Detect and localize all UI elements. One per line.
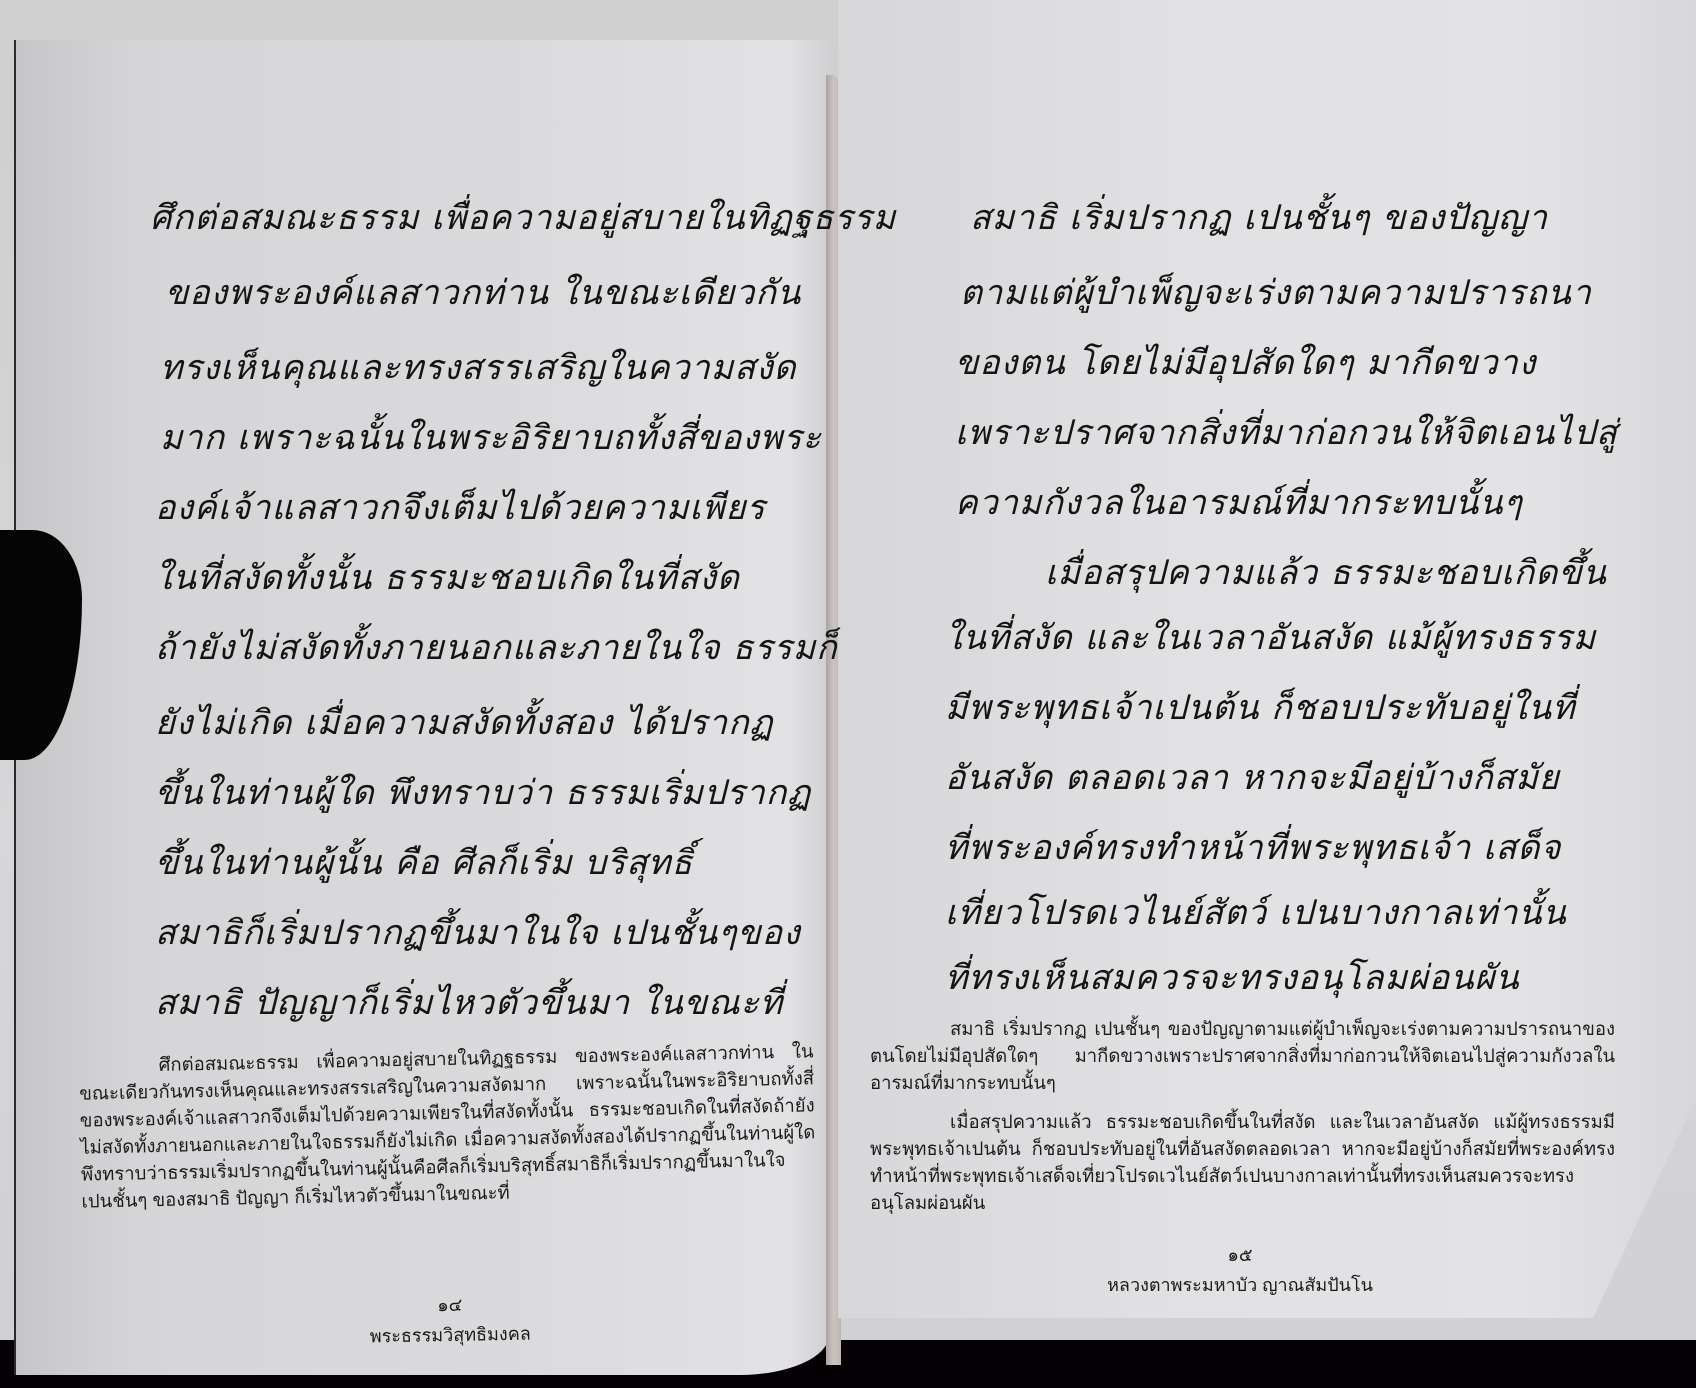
left-page-footer: ๑๔ พระธรรมวิสุทธิมงคล <box>250 1287 651 1354</box>
handwritten-line: ความกังวลในอารมณ์ที่มากระทบนั้นๆ <box>955 475 1523 529</box>
handwritten-line: ศึกต่อสมณะธรรม เพื่อความอยู่สบายในทิฏฐธร… <box>150 190 896 244</box>
handwritten-line: มีพระพุทธเจ้าเปนต้น ก็ชอบประทับอยู่ในที่ <box>945 680 1576 734</box>
printed-paragraph: เมื่อสรุปความแล้ว ธรรมะชอบเกิดขึ้นในที่ส… <box>870 1108 1615 1216</box>
printed-paragraph: ศึกต่อสมณะธรรม เพื่อความอยู่สบายในทิฏฐธร… <box>78 1037 816 1214</box>
handwritten-line: เพราะปราศจากสิ่งที่มาก่อกวนให้จิตเอนไปสู… <box>955 405 1618 459</box>
handwritten-line: ถ้ายังไม่สงัดทั้งภายนอกและภายในใจ ธรรมก็ <box>155 620 838 674</box>
handwritten-line: ของตน โดยไม่มีอุปสัดใดๆ มากีดขวาง <box>955 335 1536 389</box>
handwritten-line: องค์เจ้าแลสาวกจึงเต็มไปด้วยความเพียร <box>155 480 766 534</box>
right-printed-transcription: สมาธิ เริ่มปรากฏ เปนชั้นๆ ของปัญญาตามแต่… <box>870 1015 1615 1216</box>
handwritten-line: ที่ทรงเห็นสมควรจะทรงอนุโลมผ่อนผัน <box>945 950 1520 1004</box>
handwritten-line: ขึ้นในท่านผู้ใด พึงทราบว่า ธรรมเริ่มปราก… <box>155 765 811 819</box>
right-page-footer: ๑๕ หลวงตาพระมหาบัว ญาณสัมปันโน <box>1050 1240 1430 1300</box>
handwritten-line: ในที่สงัด และในเวลาอันสงัด แม้ผู้ทรงธรรม <box>945 610 1596 664</box>
handwritten-line: ขึ้นในท่านผู้นั้น คือ ศีลก็เริ่ม บริสุทธ… <box>155 835 693 889</box>
handwritten-line: สมาธิ เริ่มปรากฏ เปนชั้นๆ ของปัญญา <box>970 190 1548 244</box>
handwritten-line: เมื่อสรุปความแล้ว ธรรมะชอบเกิดขึ้น <box>1045 545 1607 599</box>
handwritten-line: สมาธิ ปัญญาก็เริ่มไหวตัวขึ้นมา ในขณะที่ <box>155 975 783 1029</box>
handwritten-line: ในที่สงัดทั้งนั้น ธรรมะชอบเกิดในที่สงัด <box>155 550 740 604</box>
handwritten-line: ของพระองค์แลสาวกท่าน ในขณะเดียวกัน <box>165 265 801 319</box>
handwritten-line: มาก เพราะฉนั้นในพระอิริยาบถทั้งสี่ของพระ <box>160 410 822 464</box>
handwritten-line: ยังไม่เกิด เมื่อความสงัดทั้งสอง ได้ปรากฏ <box>155 695 773 749</box>
handwritten-line: อันสงัด ตลอดเวลา หากจะมีอยู่บ้างก็สมัย <box>945 750 1560 804</box>
footer-author: หลวงตาพระมหาบัว ญาณสัมปันโน <box>1050 1270 1430 1300</box>
handwritten-line: เที่ยวโปรดเวไนย์สัตว์ เปนบางกาลเท่านั้น <box>945 885 1567 939</box>
printed-paragraph: สมาธิ เริ่มปรากฏ เปนชั้นๆ ของปัญญาตามแต่… <box>870 1015 1615 1096</box>
page-number: ๑๕ <box>1050 1240 1430 1270</box>
handwritten-line: สมาธิก็เริ่มปรากฏขึ้นมาในใจ เปนชั้นๆของ <box>155 905 801 959</box>
left-printed-transcription: ศึกต่อสมณะธรรม เพื่อความอยู่สบายในทิฏฐธร… <box>78 1037 816 1214</box>
handwritten-line: ที่พระองค์ทรงทำหน้าที่พระพุทธเจ้า เสด็จ <box>945 820 1561 874</box>
handwritten-line: ตามแต่ผู้บำเพ็ญจะเร่งตามความปรารถนา <box>960 265 1592 319</box>
handwritten-line: ทรงเห็นคุณและทรงสรรเสริญในความสงัด <box>160 340 797 394</box>
